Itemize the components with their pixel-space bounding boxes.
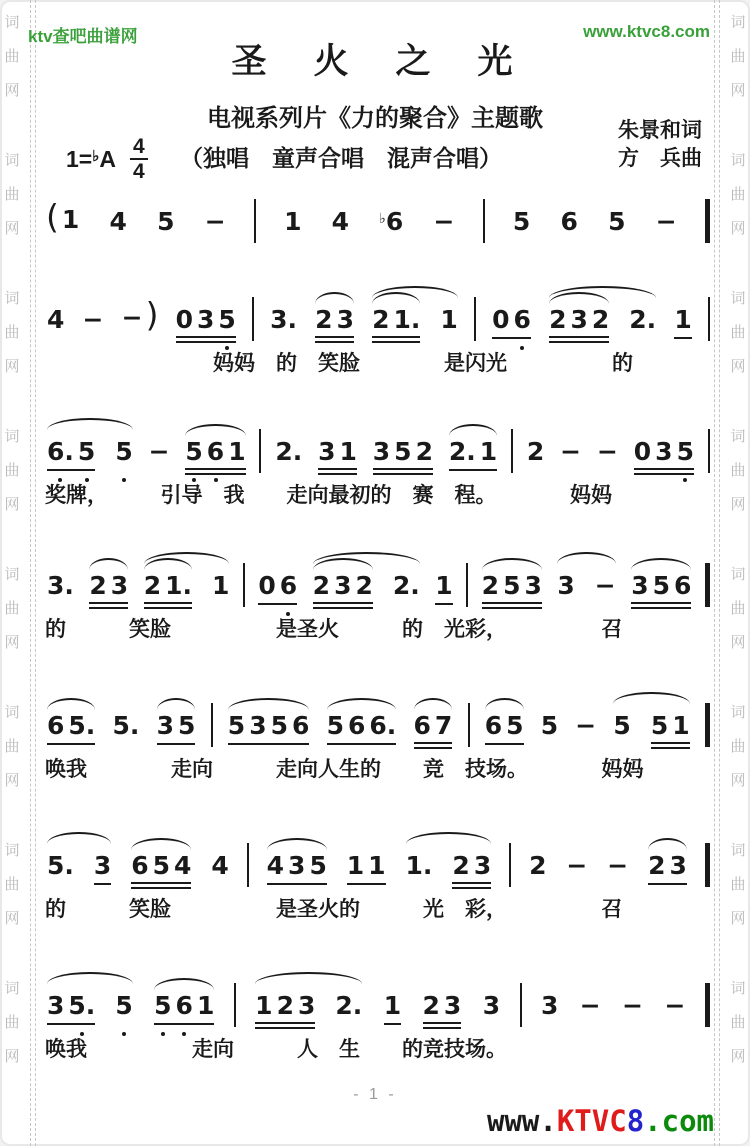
note: 2 — [450, 851, 471, 880]
barline — [234, 983, 236, 1027]
note: 1 — [60, 205, 81, 234]
watermark-char: 网 — [4, 902, 19, 936]
note-group: 3 — [539, 991, 560, 1020]
note-group: 1. — [404, 851, 435, 880]
note-group: 2. — [333, 991, 364, 1020]
note: 0 — [174, 305, 195, 334]
note-group: − — [654, 207, 679, 236]
barline — [474, 297, 476, 341]
note: 3 — [286, 851, 307, 880]
note: 0 — [256, 571, 277, 600]
note: 5. — [111, 711, 142, 740]
note: 4 — [107, 207, 128, 236]
note-group: 65 — [483, 711, 526, 740]
note: 5 — [113, 437, 134, 466]
note-group: 1 — [282, 207, 303, 236]
note: 1. — [404, 851, 435, 880]
watermark-char: 词 — [730, 696, 745, 730]
note-group: 31 — [316, 437, 359, 466]
barline — [466, 563, 468, 607]
watermark-char: 曲 — [4, 454, 19, 488]
note-group: 2.1 — [447, 437, 499, 466]
lyrics-line: 的 笑脸 是圣火 的 光彩， 召 — [45, 613, 710, 643]
slur-group: 551 — [611, 711, 691, 740]
note-group: − — [578, 991, 603, 1020]
note: 5 — [675, 437, 696, 466]
note: 0 — [632, 437, 653, 466]
note-group: 2 — [527, 851, 548, 880]
note-group: 6.5 — [45, 437, 97, 466]
note: 5 — [226, 711, 247, 740]
note: − — [147, 437, 172, 466]
note: 3 — [335, 305, 356, 334]
note: − — [654, 207, 679, 236]
note: 3 — [442, 991, 463, 1020]
note: 3 — [668, 851, 689, 880]
note: 6 — [278, 571, 299, 600]
note-group: 3 — [481, 991, 502, 1020]
watermark-char: 词 — [4, 834, 19, 868]
note-group: − — [595, 437, 620, 466]
note-group: 352 — [371, 437, 435, 466]
lyrics-line: 唤我 走向 人 生 的竞技场。 — [45, 1033, 710, 1063]
note: 3 — [247, 711, 268, 740]
note: 4 — [45, 305, 66, 334]
watermark-char: 曲 — [4, 1006, 19, 1040]
note-group: − — [432, 207, 457, 236]
note-group: 654 — [129, 851, 193, 880]
watermark-char: 词 — [730, 282, 745, 316]
note: 1 — [226, 437, 247, 466]
left-dashed-border — [30, 0, 36, 1146]
note: 2 — [421, 991, 442, 1020]
note: 3 — [109, 571, 130, 600]
music-system-5: 65.5.355356566.67655−551唤我 走向 走向人生的 竞 技场… — [45, 698, 710, 783]
note-group: 51 — [649, 711, 692, 740]
note: 3 — [195, 305, 216, 334]
music-system-7: 35.55611232.12333−−−唤我 走向 人 生 的竞技场。 — [45, 978, 710, 1063]
note-group: 561 — [183, 437, 247, 466]
note-group: − — [593, 571, 618, 600]
barline-thick — [705, 983, 710, 1027]
credits: 朱景和词 方 兵曲 — [618, 116, 702, 173]
barline-thick — [705, 703, 710, 747]
note-group: 2. — [627, 305, 658, 334]
note: 2 — [525, 437, 546, 466]
watermark-char: 网 — [4, 764, 19, 798]
barline — [520, 983, 522, 1027]
slur-group: 2322. — [311, 571, 422, 600]
barline — [243, 563, 245, 607]
watermark-char: 词 — [4, 696, 19, 730]
note: 5. — [45, 851, 76, 880]
watermark-char: 网 — [730, 764, 745, 798]
note-group: 561 — [152, 991, 216, 1020]
note: 3 — [522, 571, 543, 600]
note-group: 35. — [45, 991, 97, 1020]
song-title: 圣 火 之 光 — [0, 34, 750, 84]
right-dashed-border — [714, 0, 720, 1146]
barline — [211, 703, 213, 747]
site-logo-segment: .com — [644, 1104, 714, 1138]
parenthesis: ) — [145, 295, 160, 334]
slur-group: 21.1 — [370, 305, 460, 334]
note: 5 — [511, 207, 532, 236]
watermark-char: 词 — [4, 144, 19, 178]
watermark-char: 网 — [730, 350, 745, 384]
note-group: 435 — [265, 851, 329, 880]
note: 4 — [265, 851, 286, 880]
slur-group: 5.3 — [45, 851, 113, 880]
barline-thick — [705, 563, 710, 607]
note: 3 — [653, 437, 674, 466]
note: − — [432, 207, 457, 236]
note-group: 6 — [558, 207, 579, 236]
note: − — [573, 711, 598, 740]
note-group: 23 — [450, 851, 493, 880]
note: 5 — [325, 711, 346, 740]
slur-group: 21.1 — [142, 571, 232, 600]
slur-group: 2322. — [547, 305, 658, 334]
note-group: 5 — [113, 991, 134, 1020]
note: 1 — [366, 851, 387, 880]
note: − — [593, 571, 618, 600]
note: 3 — [92, 851, 113, 880]
note-group: 5 — [155, 207, 176, 236]
note-group: − — [203, 207, 228, 236]
note-group: 35 — [155, 711, 198, 740]
note-group: (1 — [45, 197, 81, 236]
note: 2 — [275, 991, 296, 1020]
note-group: 06 — [256, 571, 299, 600]
note-group: 566. — [325, 711, 399, 740]
watermark-char: 词 — [730, 558, 745, 592]
note-group: 3 — [92, 851, 113, 880]
note: 2 — [313, 305, 334, 334]
note: 3 — [316, 437, 337, 466]
watermark-char: 网 — [730, 488, 745, 522]
sheet-music-page: 词曲网词曲网词曲网词曲网词曲网词曲网词曲网词曲网 词曲网词曲网词曲网词曲网词曲网… — [0, 0, 750, 1146]
note: 3 — [629, 571, 650, 600]
watermark-char: 词 — [4, 558, 19, 592]
note-group: 3. — [268, 305, 299, 334]
note: − — [564, 851, 589, 880]
note-group: − — [558, 437, 583, 466]
watermark-char: 曲 — [4, 730, 19, 764]
note: 2 — [414, 437, 435, 466]
note-group: 4 — [107, 207, 128, 236]
slur-group: 1.23 — [404, 851, 494, 880]
note: − — [605, 851, 630, 880]
watermark-char: 曲 — [4, 178, 19, 212]
note-group: − — [605, 851, 630, 880]
watermark-char: 网 — [4, 350, 19, 384]
lyrics-line: 唤我 走向 走向人生的 竞 技场。 妈妈 — [45, 753, 710, 783]
slur-group: 6.55 — [45, 437, 135, 466]
note: 6 — [558, 207, 579, 236]
barline — [247, 843, 249, 887]
watermark-char: 词 — [4, 420, 19, 454]
note: 6 — [290, 711, 311, 740]
note: 3 — [155, 711, 176, 740]
watermark-char: 网 — [730, 1040, 745, 1074]
note: 1. — [392, 305, 423, 334]
parenthesis: ( — [45, 197, 60, 236]
slur-group: 35.5 — [45, 991, 135, 1020]
composer-credit: 方 兵曲 — [618, 144, 702, 172]
note: 3 — [296, 991, 317, 1020]
note-group: 5. — [111, 711, 142, 740]
watermark-char: 曲 — [730, 868, 745, 902]
note: 5 — [392, 437, 413, 466]
note: 3 — [332, 571, 353, 600]
note: 2. — [391, 571, 422, 600]
lyrics-line: 奖牌， 引导 我 走向最初的 赛 程。 妈妈 — [45, 479, 710, 509]
note-group: 23 — [421, 991, 464, 1020]
time-signature: 4 4 — [130, 136, 148, 182]
barline — [259, 429, 261, 473]
note: 3. — [45, 571, 76, 600]
site-logo-segment: KTVC — [557, 1104, 627, 1138]
watermark-char: 曲 — [4, 868, 19, 902]
note-group: 5 — [539, 711, 560, 740]
barline — [468, 703, 470, 747]
flat-sign: ♭ — [379, 211, 386, 227]
note-group: − — [662, 991, 687, 1020]
note: 4 — [330, 207, 351, 236]
note-group: 1 — [210, 571, 231, 600]
note: 2 — [311, 571, 332, 600]
note: 5 — [649, 711, 670, 740]
voicing-note: （独唱 童声合唱 混声合唱） — [180, 140, 502, 173]
note: 6 — [346, 711, 367, 740]
watermark-char: 曲 — [4, 592, 19, 626]
watermark-char: 词 — [730, 144, 745, 178]
note: 5 — [176, 711, 197, 740]
watermark-char: 词 — [730, 834, 745, 868]
barline — [509, 843, 511, 887]
watermark-column-right: 词曲网词曲网词曲网词曲网词曲网词曲网词曲网词曲网 — [727, 6, 749, 1146]
note: 2 — [142, 571, 163, 600]
lyrics-line: 妈妈 的 笑脸 是闪光 的 — [45, 347, 710, 377]
watermark-char: 曲 — [730, 1006, 745, 1040]
note-group: 035 — [174, 305, 238, 334]
page-number: - 1 - — [0, 1086, 750, 1104]
note: − — [203, 207, 228, 236]
note: 6 — [512, 305, 533, 334]
note: 3 — [371, 437, 392, 466]
note-group: 123 — [253, 991, 317, 1020]
note: − — [81, 305, 106, 334]
time-signature-denominator: 4 — [133, 160, 145, 182]
notation-line: 5.36544435111.232−−23 — [45, 838, 710, 880]
note: 5. — [66, 991, 97, 1020]
note-group: − — [573, 711, 598, 740]
note: 3 — [539, 991, 560, 1020]
music-system-6: 5.36544435111.232−−23的 笑脸 是圣火的 光 彩， 召 — [45, 838, 710, 923]
note: 5 — [501, 571, 522, 600]
slur-group: 3− — [555, 571, 617, 600]
barline-thick — [705, 199, 710, 243]
note: 5 — [611, 711, 632, 740]
note: 3 — [45, 991, 66, 1020]
watermark-char: 词 — [4, 282, 19, 316]
note: 2 — [590, 305, 611, 334]
watermark-char: 曲 — [4, 316, 19, 350]
watermark-char: 网 — [4, 488, 19, 522]
watermark-char: 词 — [730, 420, 745, 454]
lyrics-line: 的 笑脸 是圣火的 光 彩， 召 — [45, 893, 710, 923]
note: 1 — [282, 207, 303, 236]
note: 1 — [382, 991, 403, 1020]
music-system-2: 4−−)0353.2321.1062322.1 妈妈 的 笑脸 是闪光 的 — [45, 292, 710, 377]
note: 1 — [438, 305, 459, 334]
note: 1 — [345, 851, 366, 880]
note: 3. — [268, 305, 299, 334]
note-group: 232 — [311, 571, 375, 600]
note: 1 — [253, 991, 274, 1020]
note: − — [120, 303, 145, 332]
note: 0 — [490, 305, 511, 334]
note-group: 2 — [525, 437, 546, 466]
note: 2 — [646, 851, 667, 880]
music-system-3: 6.55−5612.313522.12−−035奖牌， 引导 我 走向最初的 赛… — [45, 424, 710, 509]
watermark-char: 网 — [730, 212, 745, 246]
note-group: 1 — [382, 991, 403, 1020]
note: 6 — [205, 437, 226, 466]
note-group: − — [147, 437, 172, 466]
note-group: 23 — [87, 571, 130, 600]
note: 1 — [338, 437, 359, 466]
notation-line: 65.5.355356566.67655−551 — [45, 698, 710, 740]
note: 7 — [433, 711, 454, 740]
barline-thick — [705, 843, 710, 887]
barline — [511, 429, 513, 473]
note: 2 — [480, 571, 501, 600]
note-group: 1 — [672, 305, 693, 334]
barline — [254, 199, 256, 243]
note-group: ♭6 — [377, 207, 405, 236]
note: 5 — [651, 571, 672, 600]
watermark-char: 网 — [730, 626, 745, 660]
note-group: 1 — [438, 305, 459, 334]
note: 1 — [210, 571, 231, 600]
watermark-char: 曲 — [730, 316, 745, 350]
note: − — [578, 991, 603, 1020]
notation-line: 6.55−5612.313522.12−−035 — [45, 424, 710, 466]
note: ♭6 — [377, 207, 405, 236]
note: 6. — [45, 437, 76, 466]
note: 3 — [472, 851, 493, 880]
note-group: − — [620, 991, 645, 1020]
watermark-char: 词 — [4, 972, 19, 1006]
notation-line: 4−−)0353.2321.1062322.1 — [45, 292, 710, 334]
note: 5 — [76, 437, 97, 466]
note: 6 — [483, 711, 504, 740]
note-group: − — [81, 305, 106, 334]
note-group: 06 — [490, 305, 533, 334]
key-signature: 1=♭A 4 4 — [66, 136, 148, 182]
note-group: 3 — [555, 571, 576, 600]
note-group: 23 — [313, 305, 356, 334]
note: 6 — [174, 991, 195, 1020]
flat-sign: ♭ — [92, 148, 99, 165]
note-group: 5 — [606, 207, 627, 236]
watermark-char: 网 — [4, 626, 19, 660]
notation-line: 3.2321.1062322.12533−356 — [45, 558, 710, 600]
note: 6 — [45, 711, 66, 740]
note: 6. — [367, 711, 398, 740]
note: 6 — [129, 851, 150, 880]
note-group: 232 — [547, 305, 611, 334]
music-system-4: 3.2321.1062322.12533−356的 笑脸 是圣火 的 光彩， 召 — [45, 558, 710, 643]
note: 6 — [672, 571, 693, 600]
note-group: 4 — [330, 207, 351, 236]
note: 5 — [113, 991, 134, 1020]
note: 3 — [568, 305, 589, 334]
barline — [708, 297, 710, 341]
note-group: 11 — [345, 851, 388, 880]
barline — [708, 429, 710, 473]
note: 1 — [433, 571, 454, 600]
note: 2. — [273, 437, 304, 466]
note: 2 — [87, 571, 108, 600]
note-group: 1 — [433, 571, 454, 600]
note: 2. — [333, 991, 364, 1020]
watermark-char: 曲 — [730, 592, 745, 626]
note: − — [662, 991, 687, 1020]
site-logo-segment: 8 — [627, 1104, 644, 1138]
note: 5 — [504, 711, 525, 740]
note-group: 2. — [273, 437, 304, 466]
note-group: 21. — [370, 305, 422, 334]
note: 5 — [216, 305, 237, 334]
note: 2. — [447, 437, 478, 466]
note: 4 — [209, 851, 230, 880]
note: 2. — [627, 305, 658, 334]
note: 1 — [672, 305, 693, 334]
note-group: 5356 — [226, 711, 312, 740]
barline — [483, 199, 485, 243]
site-logo-segment: www. — [487, 1104, 557, 1138]
note: − — [620, 991, 645, 1020]
watermark-char: 网 — [4, 1040, 19, 1074]
note: 5 — [269, 711, 290, 740]
note-group: 253 — [480, 571, 544, 600]
watermark-char: 词 — [730, 972, 745, 1006]
time-signature-numerator: 4 — [130, 136, 148, 160]
note: 1. — [163, 571, 194, 600]
note: 3 — [481, 991, 502, 1020]
watermark-column-left: 词曲网词曲网词曲网词曲网词曲网词曲网词曲网词曲网 — [1, 6, 23, 1146]
notation-line: 35.55611232.12333−−− — [45, 978, 710, 1020]
site-logo: www.KTVC8.com — [487, 1104, 714, 1138]
note: 4 — [172, 851, 193, 880]
note: 3 — [555, 571, 576, 600]
note: 5 — [606, 207, 627, 236]
note-group: 23 — [646, 851, 689, 880]
note-group: 5. — [45, 851, 76, 880]
note: 1 — [478, 437, 499, 466]
note-group: 5 — [611, 711, 632, 740]
note: 5 — [152, 991, 173, 1020]
note: 5. — [66, 711, 97, 740]
watermark-char: 曲 — [730, 454, 745, 488]
slur-group: 1232. — [253, 991, 364, 1020]
note-group: 3. — [45, 571, 76, 600]
barline — [252, 297, 254, 341]
note-group: 035 — [632, 437, 696, 466]
